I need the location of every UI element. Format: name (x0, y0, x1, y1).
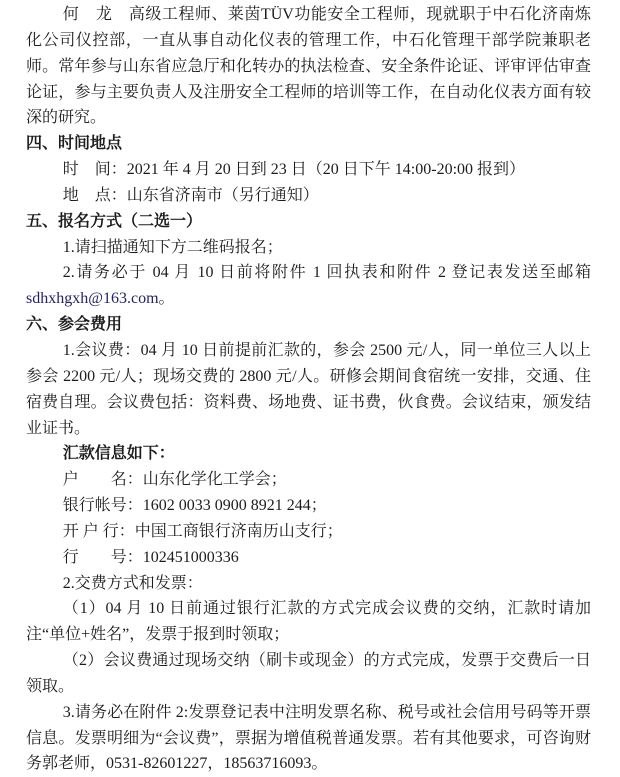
paragraph: 开 户 行：中国工商银行济南历山支行； (26, 519, 591, 545)
paragraph: 时 间：2021 年 4 月 20 日到 23 日（20 日下午 14:00-2… (26, 157, 591, 183)
paragraph: 行 号：102451000336 (26, 545, 591, 571)
paragraph: 银行帐号：1602 0033 0900 8921 244； (26, 493, 591, 519)
paragraph: 2.请务必于 04 月 10 日前将附件 1 回执表和附件 2 登记表发送至邮箱… (26, 260, 591, 312)
section-heading: 五、报名方式（二选一） (26, 209, 591, 235)
paragraph: 汇款信息如下： (26, 441, 591, 467)
email-link[interactable]: sdhxhgxh@163.com (26, 290, 159, 307)
paragraph: 1.请扫描通知下方二维码报名； (26, 235, 591, 261)
document-page: 何 龙 高级工程师、莱茵TÜV功能安全工程师，现就职于中石化济南炼化公司仪控部，… (0, 0, 620, 777)
paragraph: 3.请务必在附件 2:发票登记表中注明发票名称、税号或社会信用号码等开票信息。发… (26, 700, 591, 777)
section-heading: 六、参会费用 (26, 312, 591, 338)
paragraph: 何 龙 高级工程师、莱茵TÜV功能安全工程师，现就职于中石化济南炼化公司仪控部，… (26, 2, 591, 131)
paragraph: （1）04 月 10 日前通过银行汇款的方式完成会议费的交纳，汇款时请加注“单位… (26, 596, 591, 648)
section-heading: 四、时间地点 (26, 131, 591, 157)
paragraph: （2）会议费通过现场交纳（刷卡或现金）的方式完成，发票于交费后一日领取。 (26, 648, 591, 700)
paragraph: 2.交费方式和发票： (26, 571, 591, 597)
paragraph: 户 名：山东化学化工学会； (26, 467, 591, 493)
paragraph: 地 点：山东省济南市（另行通知） (26, 183, 591, 209)
paragraph: 1.会议费：04 月 10 日前提前汇款的，参会 2500 元/人，同一单位三人… (26, 338, 591, 441)
